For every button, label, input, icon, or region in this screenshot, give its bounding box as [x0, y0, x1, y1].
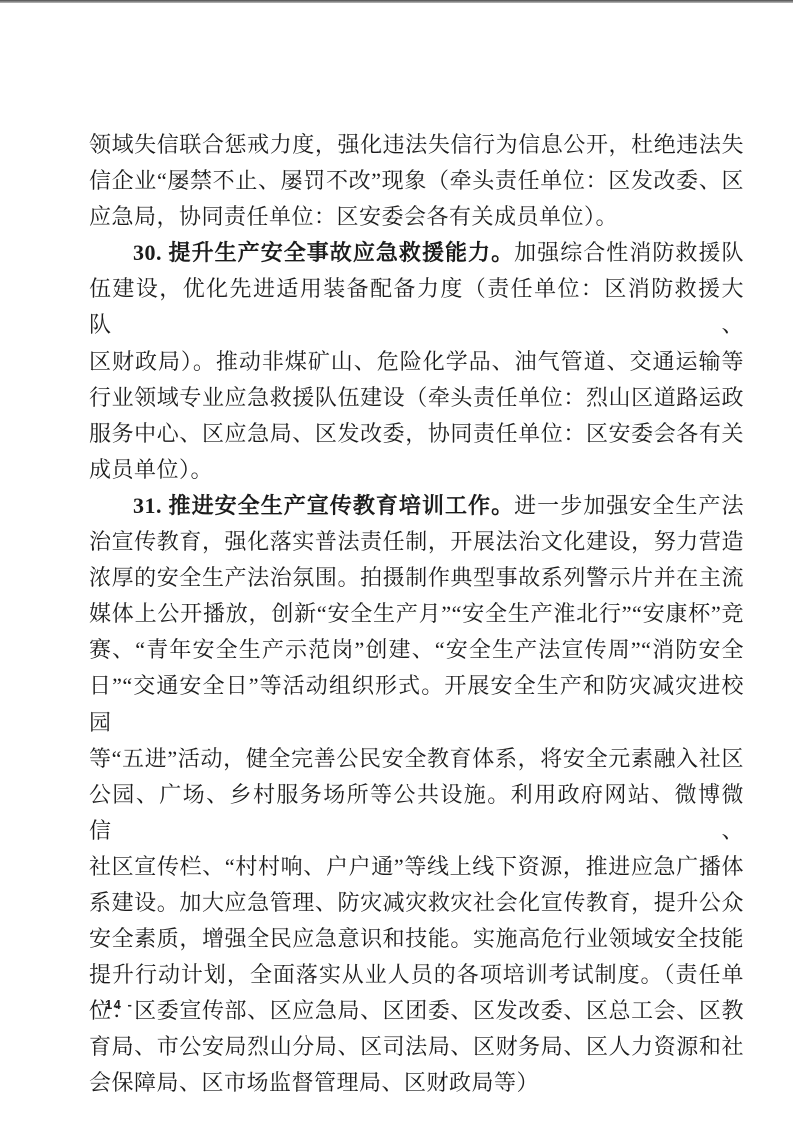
text-line: 位：区委宣传部、区应急局、区团委、区发改委、区总工会、区教 — [89, 993, 744, 1029]
text-run: 信企业“屡禁不止、屡罚不改”现象（牵头责任单位：区发改委、区 — [89, 168, 744, 193]
document-page: 领域失信联合惩戒力度，强化违法失信行为信息公开，杜绝违法失信企业“屡禁不止、屡罚… — [0, 0, 793, 1122]
text-run: 成员单位）。 — [89, 457, 213, 482]
text-line: 赛、“青年安全生产示范岗”创建、“安全生产法宣传周”“消防安全 — [89, 632, 744, 668]
text-line: 等“五进”活动，健全完善公民安全教育体系，将安全元素融入社区 — [89, 741, 744, 777]
text-run: 日”“交通安全日”等活动组织形式。开展安全生产和防灾减灾进校园 — [89, 673, 744, 734]
text-run: 育局、市公安局烈山分局、区司法局、区财务局、区人力资源和社 — [89, 1034, 744, 1059]
text-line: 治宣传教育，强化落实普法责任制，开展法治文化建设，努力营造 — [89, 524, 744, 560]
text-line: 媒体上公开播放，创新“安全生产月”“安全生产淮北行”“安康杯”竞 — [89, 596, 744, 632]
text-line: 日”“交通安全日”等活动组织形式。开展安全生产和防灾减灾进校园 — [89, 668, 744, 740]
text-run: 进一步加强安全生产法 — [514, 493, 744, 518]
text-line: 区财政局）。推动非煤矿山、危险化学品、油气管道、交通运输等 — [89, 344, 744, 380]
text-run: 提升行动计划，全面落实从业人员的各项培训考试制度。（责任单 — [89, 962, 744, 987]
bold-text-run: 31. 推进安全生产宣传教育培训工作。 — [133, 493, 514, 518]
text-line: 成员单位）。 — [89, 452, 744, 488]
para-29-continuation: 领域失信联合惩戒力度，强化违法失信行为信息公开，杜绝违法失信企业“屡禁不止、屡罚… — [89, 127, 744, 235]
text-line: 31. 推进安全生产宣传教育培训工作。进一步加强安全生产法 — [89, 488, 744, 524]
text-run: 应急局，协同责任单位：区安委会各有关成员单位）。 — [89, 204, 618, 229]
text-line: 会保障局、区市场监督管理局、区财政局等） — [89, 1065, 744, 1101]
text-run: 伍建设，优化先进适用装备配备力度（责任单位：区消防救援大队、 — [89, 276, 744, 337]
text-line: 应急局，协同责任单位：区安委会各有关成员单位）。 — [89, 199, 744, 235]
text-run: 位：区委宣传部、区应急局、区团委、区发改委、区总工会、区教 — [89, 998, 744, 1023]
text-run: 领域失信联合惩戒力度，强化违法失信行为信息公开，杜绝违法失 — [89, 132, 744, 157]
text-line: 社区宣传栏、“村村响、户户通”等线上线下资源，推进应急广播体 — [89, 849, 744, 885]
text-run: 区财政局）。推动非煤矿山、危险化学品、油气管道、交通运输等 — [89, 349, 744, 374]
text-line: 育局、市公安局烈山分局、区司法局、区财务局、区人力资源和社 — [89, 1029, 744, 1065]
text-line: 安全素质，增强全民应急意识和技能。实施高危行业领域安全技能 — [89, 921, 744, 957]
document-body: 领域失信联合惩戒力度，强化违法失信行为信息公开，杜绝违法失信企业“屡禁不止、屡罚… — [89, 127, 744, 1102]
text-run: 赛、“青年安全生产示范岗”创建、“安全生产法宣传周”“消防安全 — [89, 637, 744, 662]
text-run: 安全素质，增强全民应急意识和技能。实施高危行业领域安全技能 — [89, 926, 744, 951]
text-run: 会保障局、区市场监督管理局、区财政局等） — [89, 1070, 539, 1095]
para-31: 31. 推进安全生产宣传教育培训工作。进一步加强安全生产法治宣传教育，强化落实普… — [89, 488, 744, 1102]
text-line: 公园、广场、乡村服务场所等公共设施。利用政府网站、微博微信、 — [89, 777, 744, 849]
text-run: 行业领域专业应急救援队伍建设（牵头责任单位：烈山区道路运政 — [89, 385, 744, 410]
text-run: 服务中心、区应急局、区发改委，协同责任单位：区安委会各有关 — [89, 421, 744, 446]
text-run: 媒体上公开播放，创新“安全生产月”“安全生产淮北行”“安康杯”竞 — [89, 601, 744, 626]
para-30: 30. 提升生产安全事故应急救援能力。加强综合性消防救援队伍建设，优化先进适用装… — [89, 235, 744, 488]
text-run: 社区宣传栏、“村村响、户户通”等线上线下资源，推进应急广播体 — [89, 854, 744, 879]
text-line: 浓厚的安全生产法治氛围。拍摄制作典型事故系列警示片并在主流 — [89, 560, 744, 596]
text-line: 伍建设，优化先进适用装备配备力度（责任单位：区消防救援大队、 — [89, 271, 744, 343]
page-number: - 14 - — [94, 997, 133, 1012]
text-run: 系建设。加大应急管理、防灾减灾救灾社会化宣传教育，提升公众 — [89, 890, 744, 915]
scan-edge-artifact — [0, 0, 793, 3]
text-line: 30. 提升生产安全事故应急救援能力。加强综合性消防救援队 — [89, 235, 744, 271]
text-line: 提升行动计划，全面落实从业人员的各项培训考试制度。（责任单 — [89, 957, 744, 993]
text-line: 领域失信联合惩戒力度，强化违法失信行为信息公开，杜绝违法失 — [89, 127, 744, 163]
text-line: 系建设。加大应急管理、防灾减灾救灾社会化宣传教育，提升公众 — [89, 885, 744, 921]
text-run: 公园、广场、乡村服务场所等公共设施。利用政府网站、微博微信、 — [89, 782, 744, 843]
text-line: 服务中心、区应急局、区发改委，协同责任单位：区安委会各有关 — [89, 416, 744, 452]
text-line: 行业领域专业应急救援队伍建设（牵头责任单位：烈山区道路运政 — [89, 380, 744, 416]
bold-text-run: 30. 提升生产安全事故应急救援能力。 — [133, 240, 514, 265]
text-run: 等“五进”活动，健全完善公民安全教育体系，将安全元素融入社区 — [89, 746, 744, 771]
text-run: 治宣传教育，强化落实普法责任制，开展法治文化建设，努力营造 — [89, 529, 744, 554]
text-run: 浓厚的安全生产法治氛围。拍摄制作典型事故系列警示片并在主流 — [89, 565, 744, 590]
text-run: 加强综合性消防救援队 — [514, 240, 744, 265]
text-line: 信企业“屡禁不止、屡罚不改”现象（牵头责任单位：区发改委、区 — [89, 163, 744, 199]
